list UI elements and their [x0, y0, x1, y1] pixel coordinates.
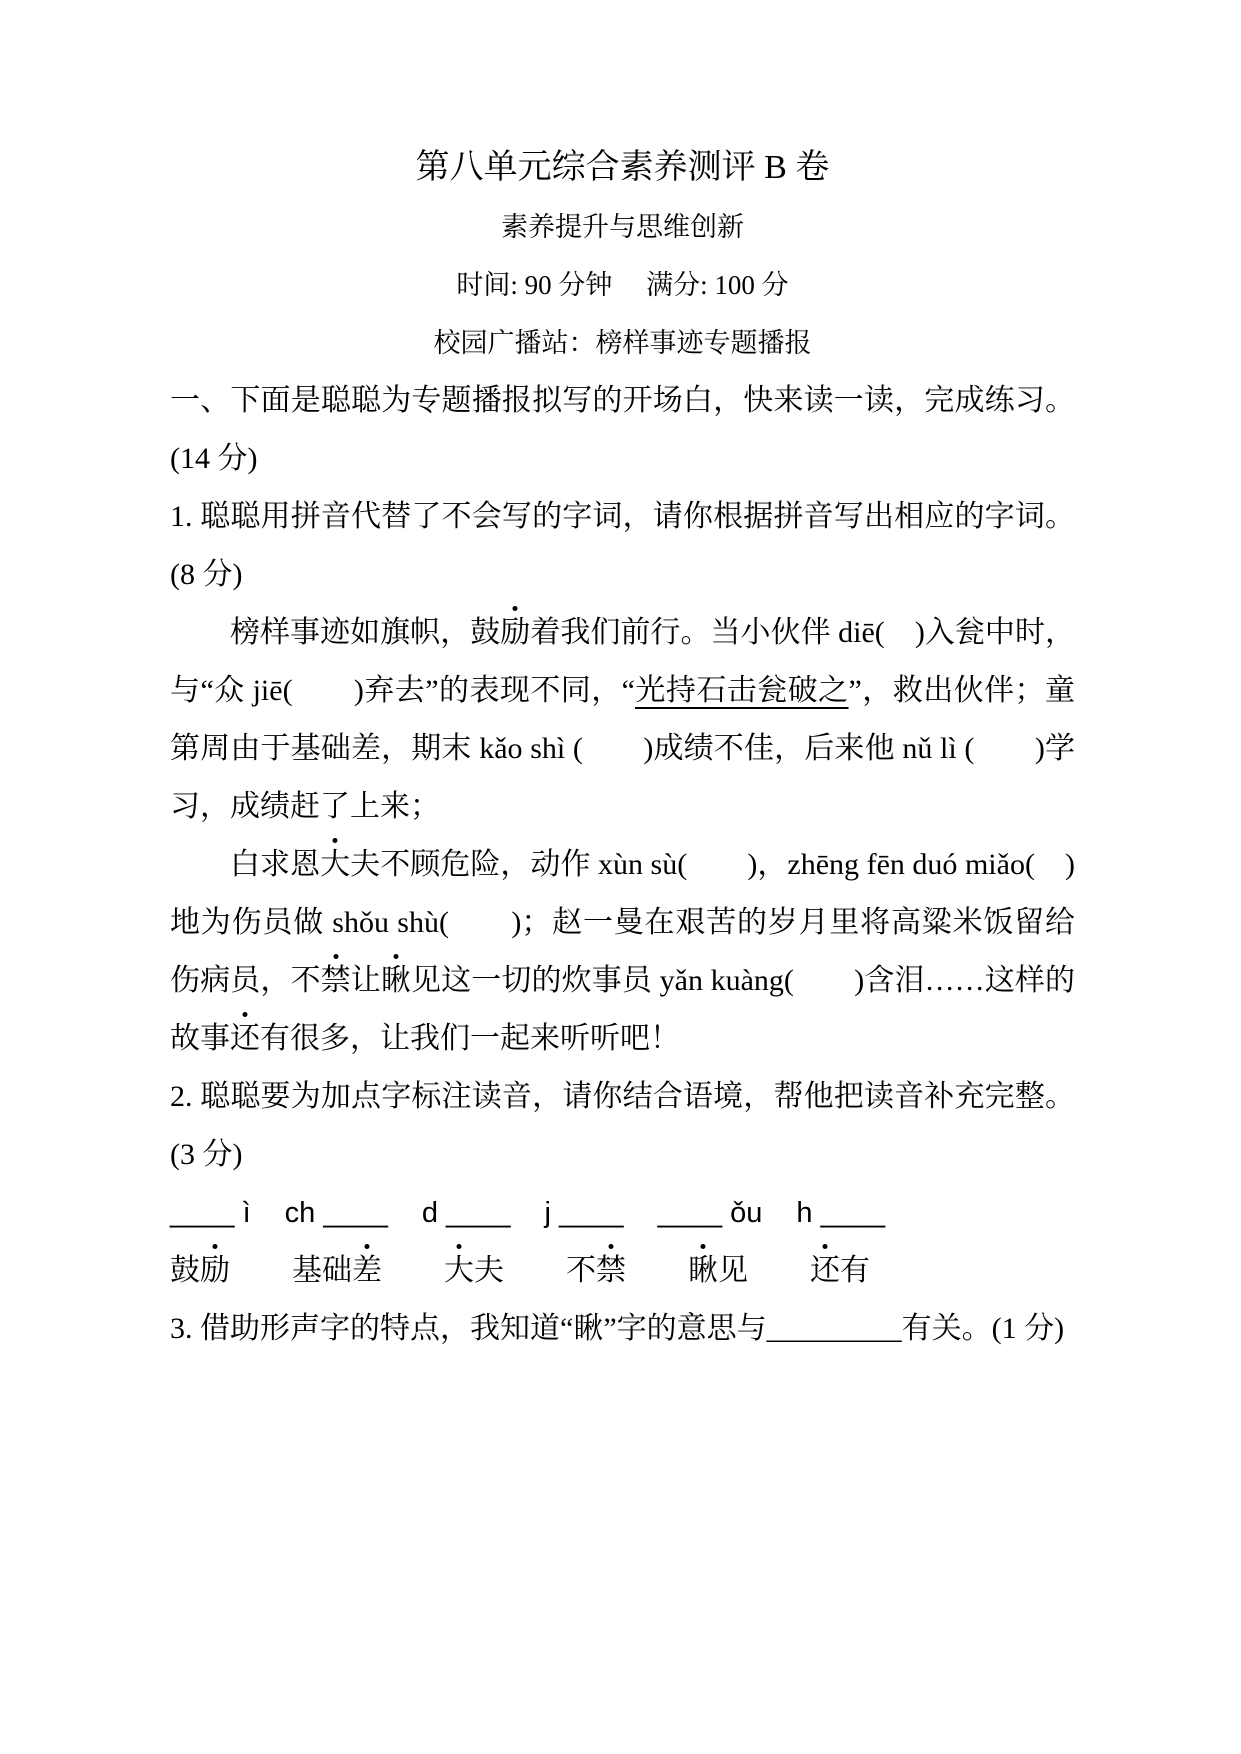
pinyin-blank: h ____	[796, 1184, 885, 1242]
pinyin-answer-row: ____ ì ch ____ d ____ j ____ ____ ǒu h _…	[170, 1184, 1075, 1242]
underlined-quote: 光持石击瓮破之	[635, 674, 849, 707]
pinyin-blank: ch ____	[285, 1184, 388, 1242]
text-run: 白求恩	[230, 848, 320, 881]
exam-time-and-score: 时间: 90 分钟 满分: 100 分	[170, 256, 1075, 314]
text-run: 有很多，让我们一起来听听吧！	[260, 1022, 680, 1055]
question-1-intro: 一、下面是聪聪为专题播报拟写的开场白，快来读一读，完成练习。(14 分)	[170, 372, 1075, 488]
dotted-char: 大	[444, 1254, 474, 1287]
dotted-char: 瞅	[688, 1254, 718, 1287]
dotted-char: 还	[810, 1254, 840, 1287]
text-run: 让	[351, 964, 381, 997]
dotted-char: 还	[230, 1022, 260, 1055]
text-run: 榜样事迹如旗帜，鼓	[230, 616, 500, 649]
word-item: 瞅见	[688, 1242, 748, 1300]
dotted-char: 大	[320, 848, 350, 881]
word-item: 还有	[810, 1242, 870, 1300]
dotted-char: 励	[500, 616, 530, 649]
document-page: 第八单元综合素养测评 B 卷 素养提升与思维创新 时间: 90 分钟 满分: 1…	[0, 0, 1241, 1754]
dotted-char: 禁	[596, 1254, 626, 1287]
text-run: 基础	[292, 1254, 352, 1287]
pinyin-blank: ____ ì	[170, 1184, 251, 1242]
text-run: 3. 借助形声字的特点，我知道“瞅”字的意思与	[170, 1312, 767, 1345]
dotted-char: 励	[200, 1254, 230, 1287]
text-run: 鼓	[170, 1254, 200, 1287]
word-item: 鼓励	[170, 1242, 230, 1300]
text-run: 见	[718, 1254, 748, 1287]
answer-blank: _________	[767, 1312, 902, 1345]
passage-paragraph-2: 白求恩大夫不顾危险，动作 xùn sù( )，zhēng fēn duó miǎ…	[170, 836, 1075, 1068]
question-1-2: 2. 聪聪要为加点字标注读音，请你结合语境，帮他把读音补充完整。(3 分)	[170, 1068, 1075, 1184]
pinyin-blank: j ____	[545, 1184, 624, 1242]
section-heading: 校园广播站：榜样事迹专题播报	[170, 314, 1075, 372]
passage-paragraph-1: 榜样事迹如旗帜，鼓励着我们前行。当小伙伴 diē( )入瓮中时，与“众 jiē(…	[170, 604, 1075, 836]
pinyin-blank: d ____	[422, 1184, 511, 1242]
text-run: 有	[840, 1254, 870, 1287]
dotted-words-row: 鼓励 基础差 大夫 不禁 瞅见 还有	[170, 1242, 1075, 1300]
word-item: 基础差	[292, 1242, 382, 1300]
question-1-1: 1. 聪聪用拼音代替了不会写的字词，请你根据拼音写出相应的字词。(8 分)	[170, 488, 1075, 604]
dotted-char: 差	[352, 1254, 382, 1287]
text-run: 有关。(1 分)	[902, 1312, 1064, 1345]
word-item: 大夫	[444, 1242, 504, 1300]
page-title: 第八单元综合素养测评 B 卷	[170, 138, 1075, 198]
text-run: 夫	[474, 1254, 504, 1287]
dotted-char: 瞅	[381, 964, 411, 997]
dotted-char: 禁	[321, 964, 351, 997]
pinyin-blank: ____ ǒu	[658, 1184, 763, 1242]
text-run: 不	[566, 1254, 596, 1287]
word-item: 不禁	[566, 1242, 626, 1300]
question-1-3: 3. 借助形声字的特点，我知道“瞅”字的意思与_________有关。(1 分)	[170, 1300, 1075, 1358]
page-subtitle: 素养提升与思维创新	[170, 198, 1075, 256]
